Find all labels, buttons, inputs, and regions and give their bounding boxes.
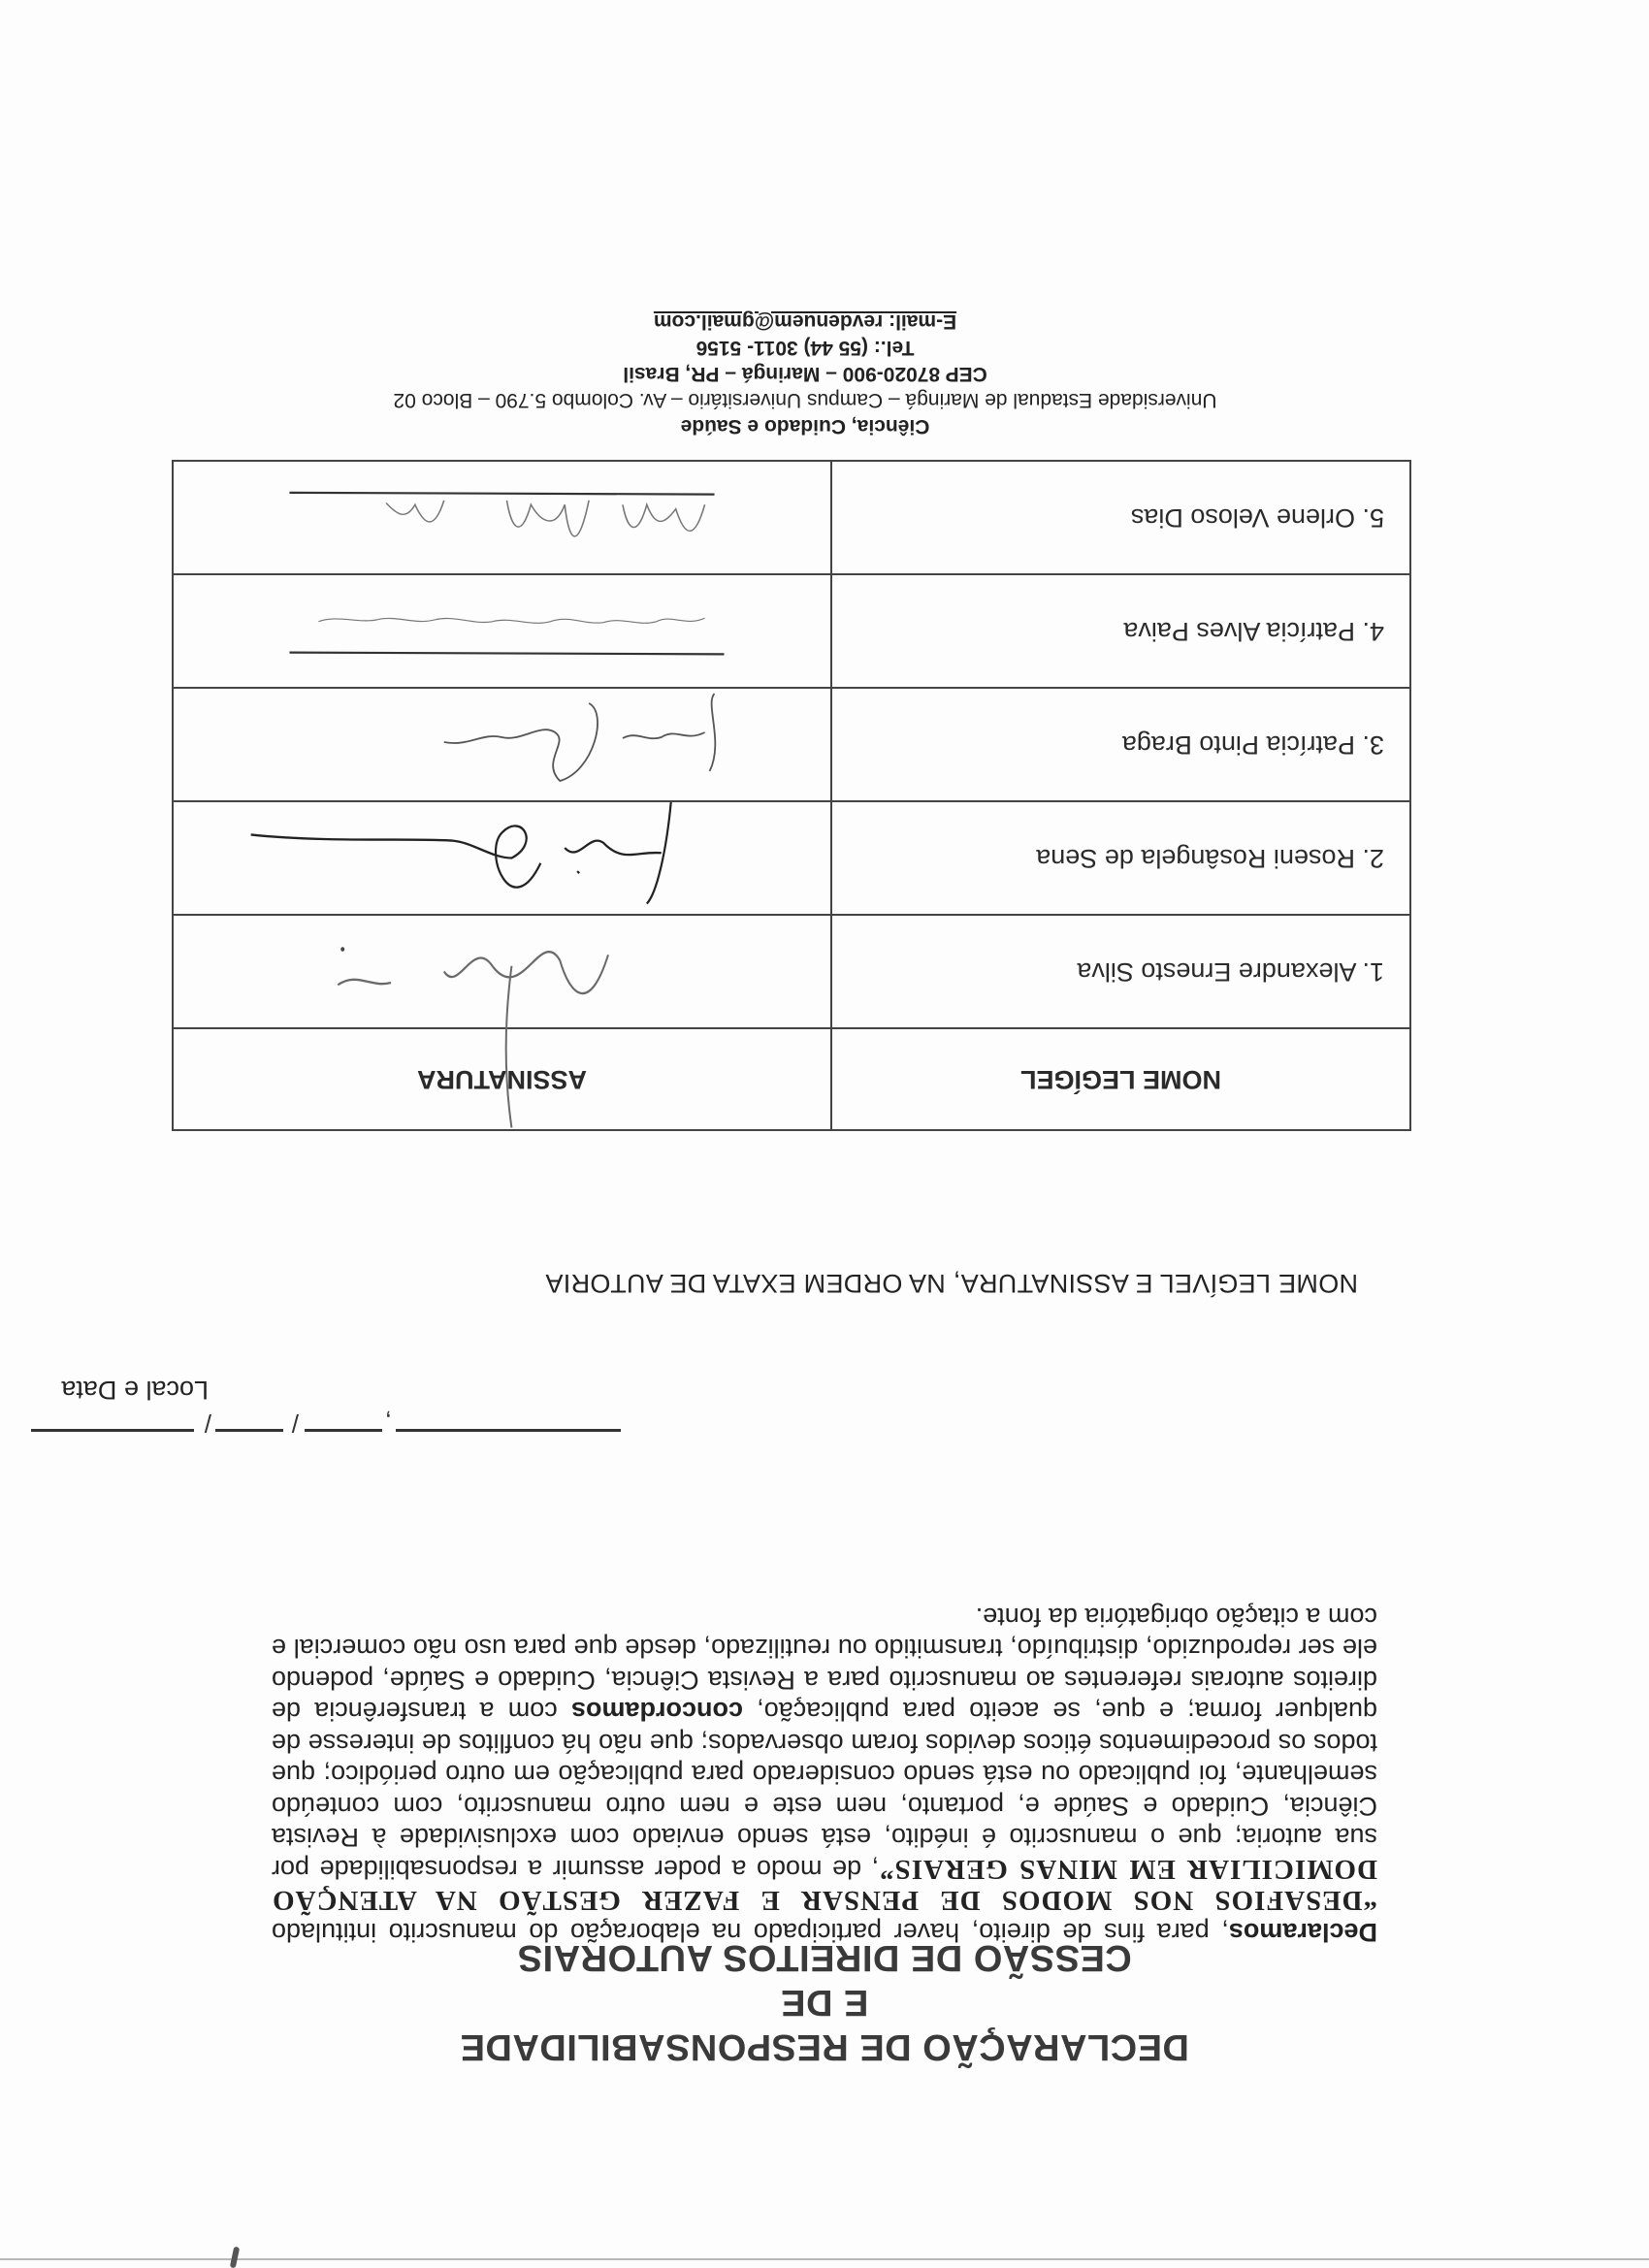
comma: , <box>385 1408 392 1438</box>
scan-mark <box>230 2247 240 2268</box>
table-row: 2. Roseni Rosângela de Sena <box>173 801 1410 915</box>
signature-cell <box>173 574 831 688</box>
journal-name: Ciência, Cuidado e Saúde <box>204 413 1406 439</box>
signature-4-icon <box>174 575 830 687</box>
year-blank[interactable] <box>31 1429 194 1432</box>
document-title: DECLARAÇÃO DE RESPONSABILIDADE E DE CESS… <box>456 1935 1193 2069</box>
journal-email[interactable]: E-mail: revdenuem@gmail.com <box>204 308 1406 335</box>
table-row: 3. Patrícia Pinto Braga <box>173 688 1410 801</box>
concordamos-bold: concordamos <box>571 1698 743 1727</box>
signature-section-heading: NOME LEGÍVEL E ASSINATURA, NA ORDEM EXAT… <box>388 1268 1377 1298</box>
author-name: 1. Alexandre Ernesto Silva <box>831 915 1410 1028</box>
signature-cell <box>173 461 831 574</box>
journal-phone: Tel.: (55 44) 3011- 5156 <box>204 335 1406 361</box>
author-name: 4. Patrícia Alves Paiva <box>831 574 1410 688</box>
declaration-paragraph: Declaramos, para fins de direito, haver … <box>272 1602 1377 1949</box>
signature-1-icon <box>174 916 830 1027</box>
journal-address: Universidade Estadual de Maringá – Campu… <box>204 387 1406 413</box>
declaramos-bold: Declaramos <box>1229 1918 1377 1947</box>
signature-3-icon <box>174 689 830 800</box>
header-signature: ASSINATURA <box>173 1028 831 1130</box>
local-date-label: Local e Data <box>61 1375 209 1405</box>
signature-5-icon <box>174 462 830 573</box>
table-header-row: NOME LEGÍGEL ASSINATURA <box>173 1028 1410 1130</box>
signature-cell <box>173 688 831 801</box>
signature-2-icon <box>174 802 830 914</box>
day-blank[interactable] <box>305 1429 382 1432</box>
signature-cell <box>173 801 831 915</box>
slash-1: / <box>292 1408 299 1438</box>
author-name: 2. Roseni Rosângela de Sena <box>831 801 1410 915</box>
authors-table: NOME LEGÍGEL ASSINATURA 1. Alexandre Ern… <box>172 460 1411 1131</box>
table-row: 5. Orlene Veloso Dias <box>173 461 1410 574</box>
table-row: 1. Alexandre Ernesto Silva <box>173 915 1410 1028</box>
slash-2: / <box>205 1408 211 1438</box>
local-blank[interactable] <box>396 1429 621 1432</box>
table-row: 4. Patrícia Alves Paiva <box>173 574 1410 688</box>
journal-cep: CEP 87020-900 – Maringá – PR, Brasil <box>204 361 1406 387</box>
author-name: 3. Patrícia Pinto Braga <box>831 688 1410 801</box>
author-name: 5. Orlene Veloso Dias <box>831 461 1410 574</box>
intro-text: , para fins de direito, haver participad… <box>272 1918 1229 1947</box>
header-name: NOME LEGÍGEL <box>831 1028 1410 1130</box>
month-blank[interactable] <box>215 1429 283 1432</box>
scanned-page: DECLARAÇÃO DE RESPONSABILIDADE E DE CESS… <box>0 0 1649 2268</box>
journal-footer: Ciência, Cuidado e Saúde Universidade Es… <box>204 308 1406 439</box>
title-line-1: DECLARAÇÃO DE RESPONSABILIDADE E DE <box>456 1980 1193 2069</box>
local-date-field[interactable]: , / / <box>19 1414 621 1453</box>
scan-edge-line <box>0 2258 1649 2260</box>
signature-cell <box>173 915 831 1028</box>
